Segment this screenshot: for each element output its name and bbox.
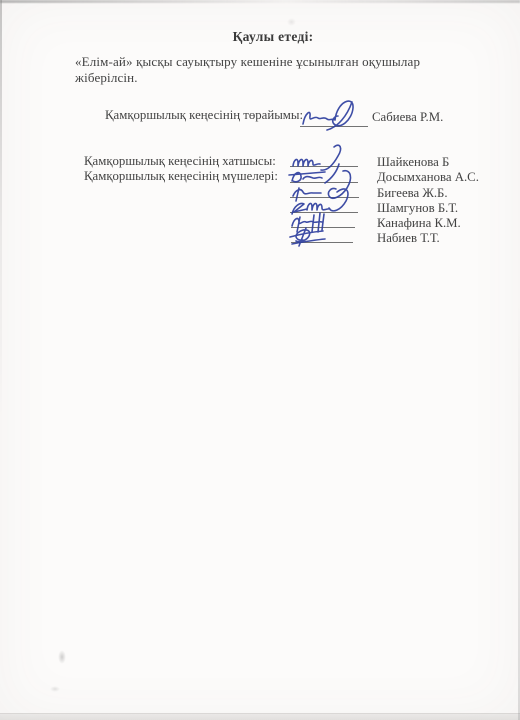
signatory-name: Шамгунов Б.Т. — [377, 201, 479, 216]
scan-smudge — [287, 18, 296, 26]
signatory-name: Досымханова А.С. — [377, 170, 479, 185]
chairwoman-label: Қамқоршылық кеңесінің төрайымы: — [105, 108, 303, 123]
council-labels: Қамқоршылық кеңесінің хатшысы: Қамқоршыл… — [84, 154, 278, 185]
signature-ink-5 — [292, 213, 324, 232]
secretary-label: Қамқоршылық кеңесінің хатшысы: — [84, 154, 278, 169]
signature-line — [291, 242, 353, 243]
signature-line — [290, 166, 358, 167]
signatory-name: Канафина К.М. — [377, 216, 479, 231]
scan-smudge — [50, 686, 60, 692]
signature-ink-6 — [290, 228, 325, 246]
chairwoman-name: Сабиева Р.М. — [372, 110, 443, 125]
signatory-name: Бигеева Ж.Б. — [377, 186, 479, 201]
signature-line — [290, 212, 358, 213]
scan-edge-top — [0, 0, 520, 3]
members-label: Қамқоршылық кеңесінің мүшелері: — [84, 169, 278, 184]
signature-line — [290, 182, 358, 183]
signature-line-chairwoman — [300, 126, 368, 127]
scan-smudge — [58, 650, 66, 664]
scanned-document-page: Қаулы етеді: «Елім-ай» қысқы сауықтыру к… — [0, 0, 520, 720]
signatory-name: Набиев Т.Т. — [377, 231, 479, 246]
signature-line — [291, 227, 355, 228]
scan-edge-left — [0, 0, 2, 420]
signatory-name: Шайкенова Б — [377, 155, 479, 170]
resolution-heading: Қаулы етеді: — [0, 29, 520, 45]
signature-ink-4 — [292, 189, 348, 214]
scan-edge-bottom — [0, 714, 520, 720]
resolution-body-text: «Елім-ай» қысқы сауықтыру кешеніне ұсыны… — [75, 54, 475, 86]
signature-line — [290, 197, 359, 198]
signatory-names: Шайкенова Б Досымханова А.С. Бигеева Ж.Б… — [377, 155, 479, 247]
